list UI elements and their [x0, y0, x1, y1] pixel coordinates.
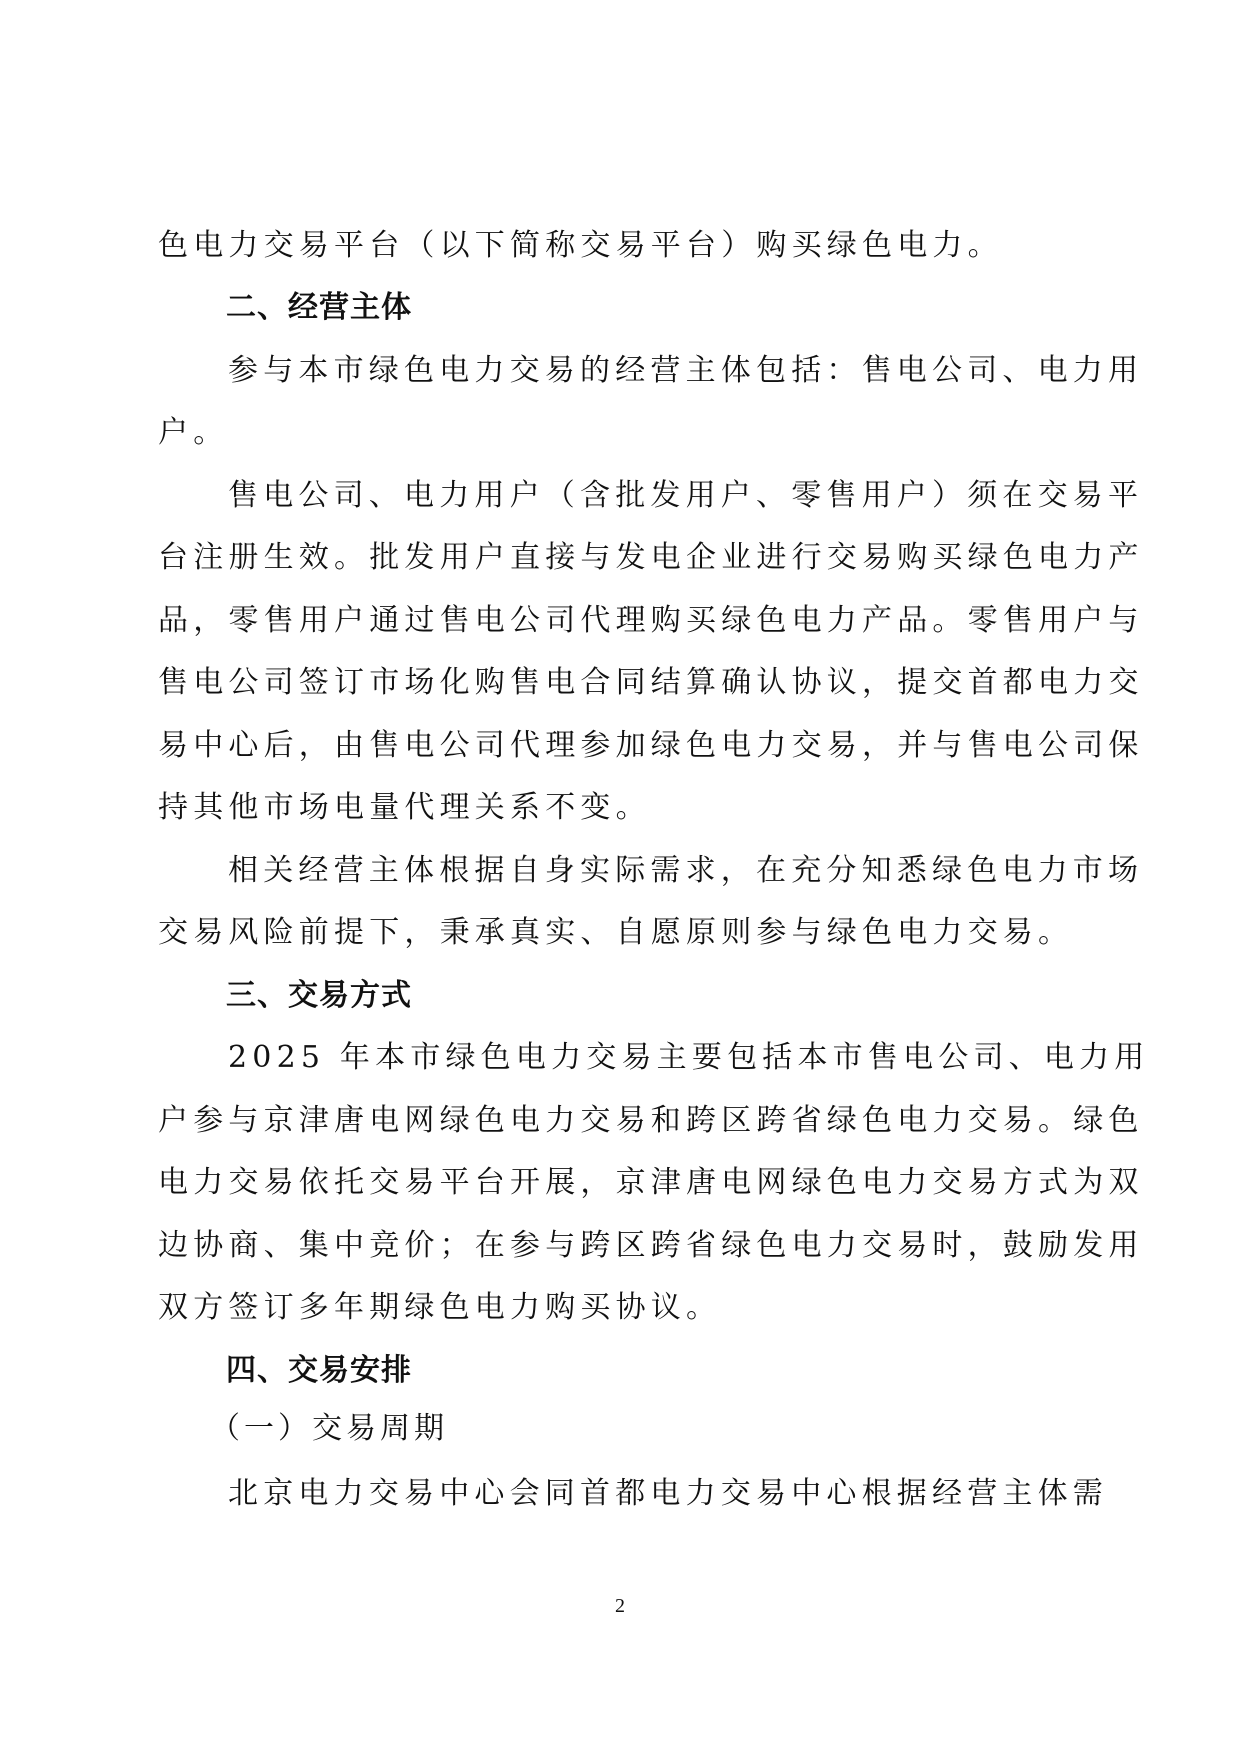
body-line: 双方签订多年期绿色电力购买协议。 — [158, 1288, 1088, 1328]
subsection-heading: （一）交易周期 — [210, 1409, 1140, 1449]
body-line: 交易风险前提下，秉承真实、自愿原则参与绿色电力交易。 — [158, 913, 1088, 953]
document-page: 色电力交易平台（以下简称交易平台）购买绿色电力。 二、经营主体 参与本市绿色电力… — [0, 0, 1241, 1754]
body-line: 持其他市场电量代理关系不变。 — [158, 788, 1088, 828]
body-line: 售电公司签订市场化购售电合同结算确认协议，提交首都电力交 — [158, 663, 1088, 703]
body-line: 2025 年本市绿色电力交易主要包括本市售电公司、电力用 — [228, 1038, 1158, 1078]
section-heading: 三、交易方式 — [226, 976, 1156, 1016]
section-heading: 二、经营主体 — [226, 288, 1156, 328]
section-heading: 四、交易安排 — [226, 1351, 1156, 1391]
body-line: 电力交易依托交易平台开展，京津唐电网绿色电力交易方式为双 — [158, 1163, 1088, 1203]
body-line: 户参与京津唐电网绿色电力交易和跨区跨省绿色电力交易。绿色 — [158, 1101, 1088, 1141]
body-line: 台注册生效。批发用户直接与发电企业进行交易购买绿色电力产 — [158, 538, 1088, 578]
body-line: 边协商、集中竞价；在参与跨区跨省绿色电力交易时，鼓励发用 — [158, 1226, 1088, 1266]
body-line: 易中心后，由售电公司代理参加绿色电力交易，并与售电公司保 — [158, 726, 1088, 766]
body-line: 相关经营主体根据自身实际需求，在充分知悉绿色电力市场 — [228, 851, 1158, 891]
body-line: 品，零售用户通过售电公司代理购买绿色电力产品。零售用户与 — [158, 601, 1088, 641]
body-line: 售电公司、电力用户（含批发用户、零售用户）须在交易平 — [228, 476, 1158, 516]
body-line: 户。 — [158, 413, 1088, 453]
body-line: 参与本市绿色电力交易的经营主体包括：售电公司、电力用 — [228, 351, 1158, 391]
page-number: 2 — [600, 1594, 640, 1618]
body-line: 色电力交易平台（以下简称交易平台）购买绿色电力。 — [158, 226, 1088, 266]
body-line: 北京电力交易中心会同首都电力交易中心根据经营主体需 — [228, 1474, 1158, 1514]
